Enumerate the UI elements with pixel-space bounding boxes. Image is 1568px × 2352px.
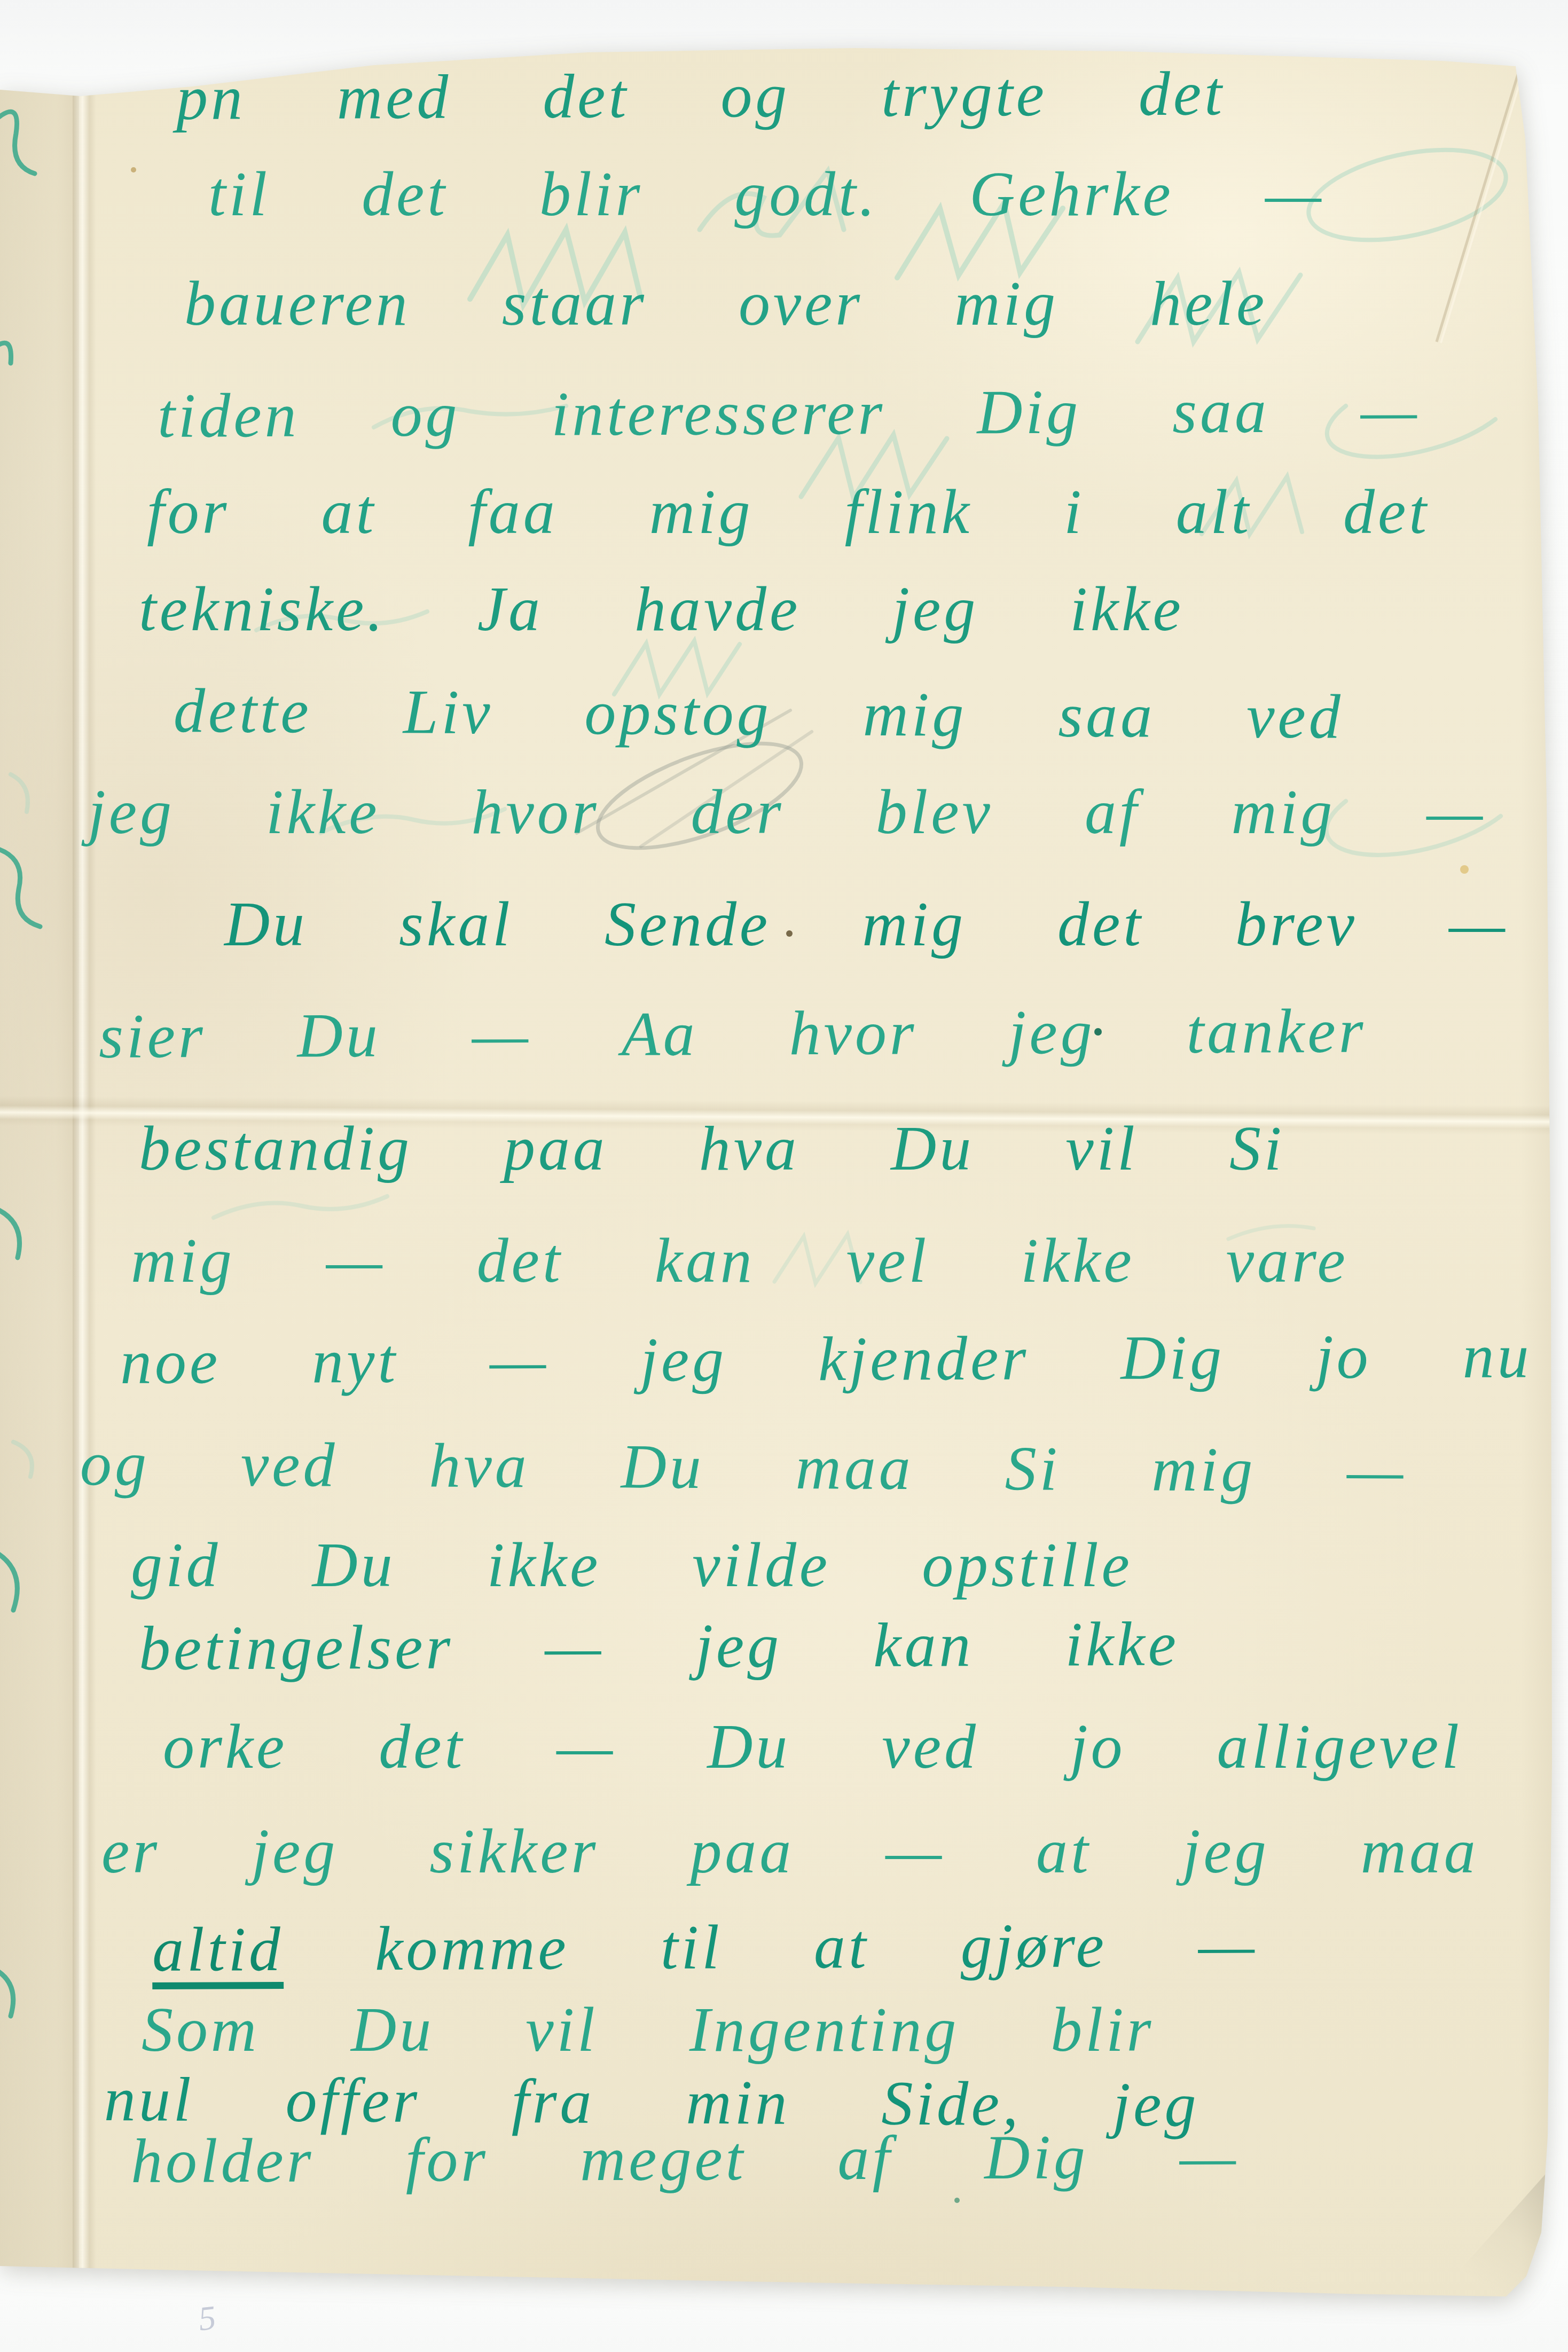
- handwriting-line: Som Du vil Ingenting blir: [142, 1998, 1154, 2061]
- handwriting-line: bestandig paa hva Du vil Si: [139, 1117, 1284, 1180]
- handwriting-line: sier Du — Aa hvor jeg tanker: [99, 1000, 1367, 1068]
- handwriting-line: tiden og interesserer Dig saa —: [158, 379, 1420, 448]
- handwriting-line: altid komme til at gjøre —: [152, 1914, 1258, 1981]
- handwriting-line: tekniske. Ja havde jeg ikke: [139, 578, 1184, 641]
- handwriting-line: baueren staar over mig hele: [184, 272, 1267, 335]
- handwriting-line: betingelser — jeg kan ikke: [139, 1613, 1179, 1680]
- letter-page: pn med det og trygte det til det blir go…: [0, 0, 1568, 2352]
- letter-page-wrap: pn med det og trygte det til det blir go…: [0, 0, 1568, 2352]
- scanned-letter: { "document": { "kind": "Handwritten let…: [0, 0, 1568, 2352]
- ink-speck: [131, 167, 1469, 2203]
- corner-crease: [1437, 69, 1523, 343]
- handwriting-line: holder for meget af Dig —: [131, 2125, 1239, 2193]
- handwriting-line: og ved hva Du maa Si mig —: [80, 1432, 1407, 1502]
- handwriting-line: er jeg sikker paa — at jeg maa: [101, 1820, 1479, 1883]
- handwriting-line: mig — det kan vel ikke vare: [131, 1229, 1349, 1292]
- handwriting-line: for at faa mig flink i alt det: [147, 481, 1430, 544]
- handwriting-line: dette Liv opstog mig saa ved: [174, 679, 1344, 748]
- handwriting-line: jeg ikke hvor der blev af mig —: [88, 781, 1486, 844]
- handwriting-line: orke det — Du ved jo alligevel —: [163, 1715, 1568, 1778]
- handwriting-line: gid Du ikke vilde opstille: [131, 1534, 1133, 1597]
- handwriting-line: til det blir godt. Gehrke —: [208, 163, 1324, 226]
- underlined-word: altid: [152, 1914, 284, 1985]
- left-edge-ink-strokes: [0, 112, 40, 2016]
- handwriting-line: Du skal Sende mig det brev —: [224, 893, 1508, 956]
- handwriting-line: pn med det og trygte det: [176, 62, 1225, 130]
- handwriting-line: noe nyt — jeg kjender Dig jo nu: [120, 1324, 1532, 1394]
